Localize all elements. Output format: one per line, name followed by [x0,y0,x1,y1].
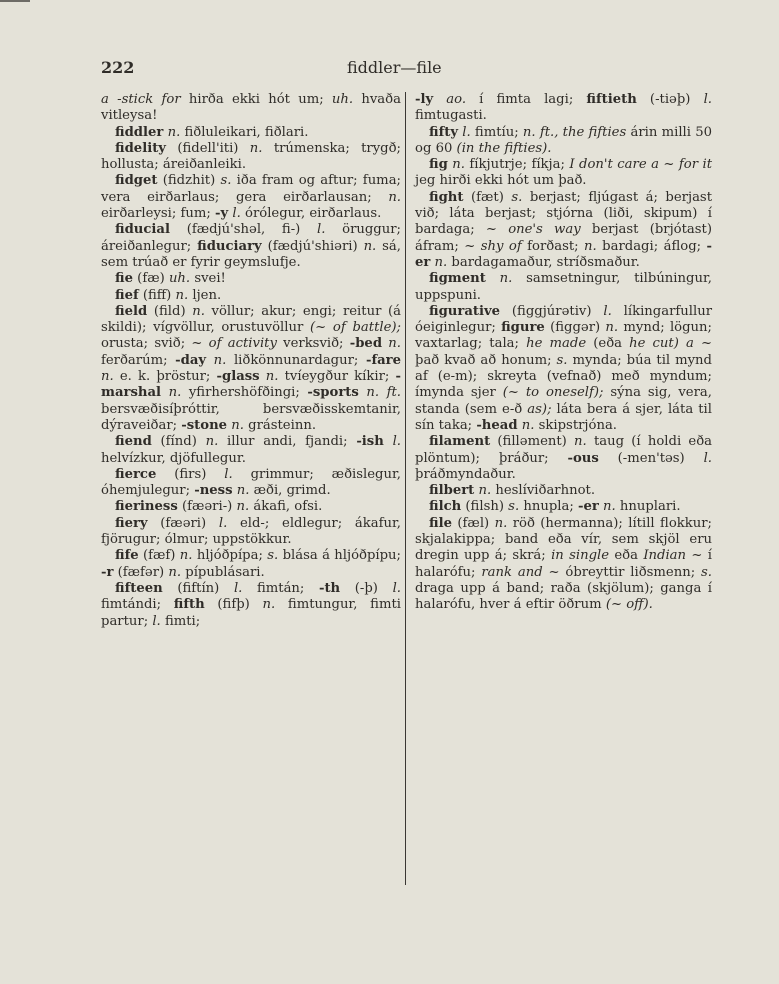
italic-label: n. [605,320,618,335]
italic-label: n. [180,548,193,563]
italic-label: l. [224,467,232,482]
headword: -y [215,206,228,221]
italic-label: n. [214,353,227,368]
definition-text: æði, grimd. [249,483,330,498]
headword: -bed [350,336,382,351]
definition-text: hnupla; [519,499,578,514]
definition-text: (fiff) [139,288,176,303]
headword: fiddler [115,125,163,140]
headword: fief [115,288,139,303]
entry-continuation: -ly ao. í fimta lagi; fiftieth (-tiəþ) l… [415,92,712,125]
dictionary-entry: fidelity (fidell'iti) n. trúmenska; tryg… [101,141,401,174]
italic-label: s. [557,353,568,368]
definition-text: (fidzhit) [158,173,221,188]
italic-label: (~ of battle); [310,320,401,335]
definition-text: fiðluleikari, fiðlari. [180,125,308,140]
italic-label: a -stick for [101,92,181,107]
headword: fieriness [115,499,178,514]
italic-label: n. [266,369,279,384]
italic-label: n. [478,483,491,498]
definition-text: (fæəri) [148,516,219,531]
italic-label: n. [435,255,448,270]
italic-label: uh. [169,271,190,286]
headword: -fare [366,353,401,368]
headword: fiduciary [197,239,262,254]
italic-label: he made [526,336,586,351]
definition-text: forðast; [522,239,584,254]
italic-label: n. [237,483,250,498]
definition-text: (fidell'iti) [166,141,250,156]
definition-text: fimtíu; [471,125,523,140]
headword: -head [476,418,517,433]
definition-text: grásteinn. [244,418,316,433]
headword: fiery [115,516,148,531]
italic-label: n. [584,239,597,254]
definition-text: (-men'təs) [599,451,704,466]
italic-label: he cut) a ~ [629,336,712,351]
italic-label: n. [574,434,587,449]
headword: fifty [429,125,458,140]
definition-text: (filləment) [490,434,574,449]
headword: -sports [307,385,358,400]
italic-label: n. [192,304,205,319]
headword: fiend [115,434,152,449]
definition-text: eirðarleysi; fum; [101,206,215,221]
definition-text: ákafi, ofsi. [249,499,322,514]
definition-text: (fiftín) [163,581,234,596]
italic-label: as); [527,402,551,417]
headword: -ness [194,483,232,498]
headword: figure [501,320,545,335]
italic-label: (in the fifties). [457,141,552,156]
dictionary-entry: fife (fæf) n. hljóðpípa; s. blása á hljó… [101,548,401,581]
right-column: -ly ao. í fimta lagi; fiftieth (-tiəþ) l… [415,92,712,614]
definition-text: (fæ) [133,271,169,286]
italic-label: n. [388,336,401,351]
dictionary-entry: fiend (fínd) n. illur andi, fjandi; -ish… [101,434,401,467]
headword: field [115,304,147,319]
dictionary-entry: figurative (figgjúrətiv) l. líkingarfull… [415,304,712,434]
italic-label: rank and ~ [481,565,559,580]
headword: fie [115,271,133,286]
definition-text: draga upp á band; raða (skjölum); ganga … [415,581,712,612]
italic-label: uh. [332,92,353,107]
italic-label: l. [393,434,401,449]
italic-label: l. [462,125,470,140]
headword: fiftieth [586,92,636,107]
dictionary-entry: filch (filsh) s. hnupla; -er n. hnuplari… [415,499,712,515]
italic-label: n. [101,369,114,384]
headword: fidget [115,173,158,188]
definition-text: óbreyttir liðsmenn; [560,565,701,580]
italic-label: n. [603,499,616,514]
italic-label: l. [232,206,240,221]
dictionary-entry: filament (filləment) n. taug (í holdi eð… [415,434,712,483]
definition-text: eða [609,548,643,563]
definition-text: (eða [586,336,629,351]
italic-label: s. [220,173,231,188]
definition-text: (figgər) [545,320,606,335]
headword: fife [115,548,139,563]
italic-label: (~ off). [606,597,653,612]
column-divider [405,92,406,885]
definition-text: (filsh) [461,499,508,514]
italic-label: n. [169,385,182,400]
definition-text: helvízkur, djöfullegur. [101,451,246,466]
definition-text [161,385,169,400]
dictionary-entry: fie (fæ) uh. svei! [101,271,401,287]
italic-label: s. [508,499,519,514]
definition-text: pípublásari. [181,565,265,580]
italic-label: n. [176,288,189,303]
headword: figurative [429,304,500,319]
definition-text: (fædjú'shəl, fi-) [170,222,317,237]
definition-text: orusta; svið; ~ [101,336,209,351]
headword: fight [429,190,464,205]
definition-text: (fæl) [452,516,495,531]
italic-label: Indian ~ [643,548,702,563]
headword: -glass [217,369,260,384]
headword: -stone [181,418,227,433]
definition-text: fimtugasti. [415,108,487,123]
italic-label: l. [704,92,712,107]
definition-text: (fifþ) [205,597,263,612]
dictionary-entry: fidget (fidzhit) s. iða fram og aftur; f… [101,173,401,222]
headword: file [429,516,452,531]
headword: -ous [568,451,599,466]
italic-label: in single [551,548,609,563]
page-header: 222 fiddler—file [101,58,661,78]
italic-label: n. [231,418,244,433]
dictionary-entry: figment n. samsetningur, tilbúningur, up… [415,271,712,304]
definition-text: heslíviðarhnot. [491,483,595,498]
definition-text: hirða ekki hót um; [181,92,332,107]
headword: filament [429,434,490,449]
dictionary-entry: fieriness (fæəri-) n. ákafi, ofsi. [101,499,401,515]
definition-text: illur andi, fjandi; [218,434,356,449]
italic-label: n. [522,418,535,433]
definition-text: (figgjúrətiv) [500,304,603,319]
definition-text [486,271,500,286]
italic-label: n. [263,597,276,612]
italic-label: n. [452,157,465,172]
headword: -ish [356,434,384,449]
italic-label: n. [168,125,181,140]
headword: -day [175,353,206,368]
definition-text: blása á hljóðpípu; [278,548,401,563]
dictionary-entry: filbert n. heslíviðarhnot. [415,483,712,499]
definition-text: jeg hirði ekki hót um það. [415,173,586,188]
definition-text: hnuplari. [616,499,681,514]
dictionary-entry: field (fild) n. völlur; akur; engi; reit… [101,304,401,434]
dictionary-entry: fifteen (fiftín) l. fimtán; -th (-þ) l. … [101,581,401,630]
definition-text [384,434,393,449]
definition-text: (-þ) [340,581,392,596]
definition-text: (fæt) [464,190,512,205]
dictionary-entry: fiddler n. fiðluleikari, fiðlari. [101,125,401,141]
italic-label: s. [701,565,712,580]
italic-label: n. ft., the fifties [523,125,626,140]
italic-label: l. [393,581,401,596]
definition-text: (-tiəþ) [637,92,704,107]
definition-text: þráðmyndaður. [415,467,516,482]
definition-text: (fæf) [139,548,180,563]
italic-label: l. [603,304,611,319]
dictionary-entry: fifty l. fimtíu; n. ft., the fifties ári… [415,125,712,158]
italic-label: n. [495,516,508,531]
definition-text: tvíeygður kíkir; [278,369,395,384]
headword: -th [319,581,340,596]
definition-text: (fæfər) [113,565,168,580]
definition-text: (fínd) [152,434,206,449]
italic-label: n. [168,565,181,580]
definition-text: hljóðpípa; [192,548,267,563]
definition-text: (fild) [147,304,192,319]
dictionary-entry: fiducial (fædjú'shəl, fi-) l. öruggur; á… [101,222,401,271]
dictionary-entry: fiery (fæəri) l. eld-; eldlegur; ákafur,… [101,516,401,549]
headword: -er [578,499,599,514]
running-head: fiddler—file [347,58,442,77]
entry-continuation: a -stick for hirða ekki hót um; uh. hvað… [101,92,401,125]
definition-text: yfirhershöfðingi; [181,385,307,400]
definition-text: (fædjú'shiəri) [262,239,364,254]
italic-label: l. [152,614,160,629]
definition-text: ferðarúm; [101,353,175,368]
italic-label: l. [704,451,712,466]
definition-text: (firs) [156,467,224,482]
definition-text: bardagamaður, stríðsmaður. [447,255,640,270]
dictionary-entry: fig n. fíkjutrje; fíkja; I don't care a … [415,157,712,190]
headword: -r [101,565,113,580]
definition-text: svei! [190,271,226,286]
definition-text: liðkönnunardagur; [226,353,366,368]
left-column: a -stick for hirða ekki hót um; uh. hvað… [101,92,401,630]
italic-label: of activity [209,336,277,351]
italic-label: n. [250,141,263,156]
italic-label: one's way [508,222,580,237]
italic-label: n. ft. [366,385,401,400]
italic-label: n. [364,239,377,254]
headword: fifteen [115,581,163,596]
dictionary-entry: fief (fiff) n. ljen. [101,288,401,304]
definition-text: fimti; [161,614,200,629]
italic-label: n. [500,271,513,286]
definition-text: e. k. þröstur; [114,369,217,384]
italic-label: shy of [481,239,522,254]
definition-text: það kvað að honum; [415,353,557,368]
headword: fig [429,157,448,172]
headword: fierce [115,467,156,482]
definition-text: bardagi; áflog; [597,239,707,254]
italic-label: (~ to oneself); [503,385,604,400]
definition-text [433,92,446,107]
scan-edge-mark [0,0,30,2]
dictionary-entry: fight (fæt) s. berjast; fljúgast á; berj… [415,190,712,271]
italic-label: n. [388,190,401,205]
dictionary-entry: file (fæl) n. röð (hermanna); lítill flo… [415,516,712,614]
headword: fidelity [115,141,166,156]
headword: fifth [174,597,205,612]
headword: filbert [429,483,474,498]
definition-text: skipstrjóna. [534,418,617,433]
italic-label: s. [511,190,522,205]
headword: filch [429,499,461,514]
italic-label: ao. [446,92,466,107]
headword: -ly [415,92,433,107]
italic-label: n. [206,434,219,449]
definition-text: verksvið; [277,336,350,351]
italic-label: s. [267,548,278,563]
definition-text: (fæəri-) [178,499,237,514]
italic-label: I don't care a ~ for it [569,157,712,172]
definition-text: í fimta lagi; [466,92,586,107]
definition-text: fimtán; [242,581,319,596]
definition-text: fíkjutrje; fíkja; [465,157,569,172]
dictionary-entry: fierce (firs) l. grimmur; æðislegur, óhe… [101,467,401,500]
definition-text: fimtándi; [101,597,174,612]
definition-text [206,353,214,368]
headword: fiducial [115,222,170,237]
headword: figment [429,271,486,286]
page-number: 222 [101,58,134,77]
italic-label: n. [237,499,250,514]
definition-text: ljen. [188,288,221,303]
definition-text: órólegur, eirðarlaus. [241,206,382,221]
